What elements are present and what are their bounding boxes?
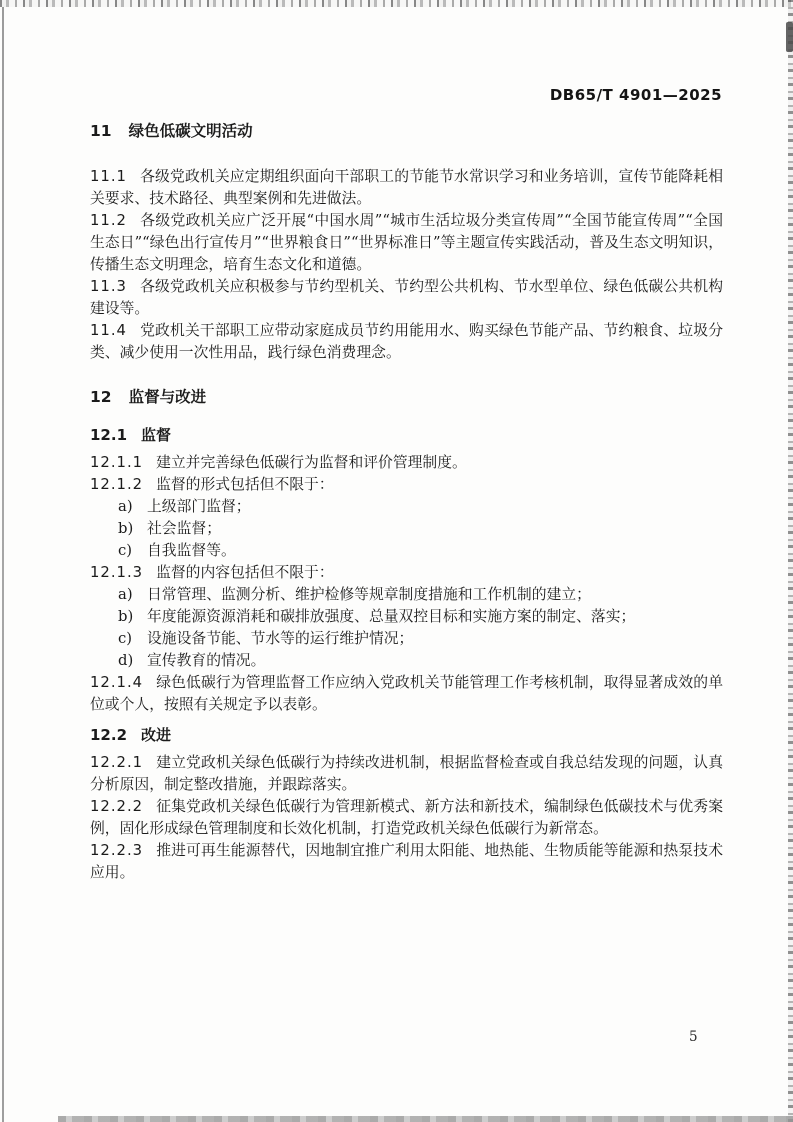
clause-11-3: 11.3各级党政机关应积极参与节约型机关、节约型公共机构、节水型单位、绿色低碳公… [90, 276, 723, 320]
section-title: 监督与改进 [129, 388, 207, 406]
scan-line-left-edge [2, 7, 4, 1122]
section-title: 绿色低碳文明活动 [129, 122, 253, 140]
list-item: c)自我监督等。 [90, 540, 723, 562]
clause-number: 11.4 [90, 322, 127, 339]
clause-number: 12.2.3 [90, 842, 143, 859]
document-page: DB65/T 4901—2025 11绿色低碳文明活动 11.1各级党政机关应定… [0, 0, 793, 1122]
list-item: b)年度能源资源消耗和碳排放强度、总量双控目标和实施方案的制定、落实； [90, 606, 723, 628]
page-number: 5 [689, 1029, 698, 1045]
subsection-number: 12.2 [90, 726, 127, 744]
list-marker: b) [118, 606, 147, 628]
list-text: 设施设备节能、节水等的运行维护情况； [147, 630, 413, 647]
list-marker: b) [118, 518, 147, 540]
list-text: 自我监督等。 [147, 542, 236, 559]
clause-number: 12.2.2 [90, 798, 143, 815]
clause-number: 12.1.3 [90, 564, 143, 581]
clause-text: 监督的内容包括但不限于： [156, 564, 334, 581]
clause-number: 11.3 [90, 278, 127, 295]
list-marker: c) [118, 628, 147, 650]
document-body: 11绿色低碳文明活动 11.1各级党政机关应定期组织面向干部职工的节能节水常识学… [90, 120, 723, 884]
clause-number: 12.1.1 [90, 454, 143, 471]
clause-text: 建立并完善绿色低碳行为监督和评价管理制度。 [156, 454, 467, 471]
section-number: 12 [90, 388, 112, 406]
clause-12-1-1: 12.1.1建立并完善绿色低碳行为监督和评价管理制度。 [90, 452, 723, 474]
list-text: 社会监督； [147, 520, 221, 537]
list-marker: a) [118, 496, 147, 518]
clause-11-1: 11.1各级党政机关应定期组织面向干部职工的节能节水常识学习和业务培训，宣传节能… [90, 166, 723, 210]
list-item: b)社会监督； [90, 518, 723, 540]
list-text: 上级部门监督； [147, 498, 251, 515]
clause-number: 12.1.2 [90, 476, 143, 493]
clause-text: 各级党政机关应积极参与节约型机关、节约型公共机构、节水型单位、绿色低碳公共机构建… [90, 278, 723, 317]
list-marker: c) [118, 540, 147, 562]
list-item: c)设施设备节能、节水等的运行维护情况； [90, 628, 723, 650]
clause-text: 建立党政机关绿色低碳行为持续改进机制，根据监督检查或自我总结发现的问题，认真分析… [90, 754, 723, 793]
clause-12-2-1: 12.2.1建立党政机关绿色低碳行为持续改进机制，根据监督检查或自我总结发现的问… [90, 752, 723, 796]
clause-12-1-3: 12.1.3监督的内容包括但不限于： [90, 562, 723, 584]
scan-blob-right-edge [786, 22, 793, 52]
list-item: d)宣传教育的情况。 [90, 650, 723, 672]
clause-text: 各级党政机关应定期组织面向干部职工的节能节水常识学习和业务培训，宣传节能降耗相关… [90, 168, 723, 207]
scan-noise-bottom-edge [58, 1116, 793, 1122]
subsection-title: 监督 [141, 426, 171, 444]
clause-12-1-4: 12.1.4绿色低碳行为管理监督工作应纳入党政机关节能管理工作考核机制，取得显著… [90, 672, 723, 716]
list-text: 宣传教育的情况。 [147, 652, 265, 669]
list-item: a)上级部门监督； [90, 496, 723, 518]
list-marker: a) [118, 584, 147, 606]
clause-text: 监督的形式包括但不限于： [156, 476, 334, 493]
list-text: 年度能源资源消耗和碳排放强度、总量双控目标和实施方案的制定、落实； [147, 608, 635, 625]
section-heading-12: 12监督与改进 [90, 386, 723, 408]
clause-12-2-3: 12.2.3推进可再生能源替代，因地制宜推广利用太阳能、地热能、生物质能等能源和… [90, 840, 723, 884]
clause-number: 12.2.1 [90, 754, 143, 771]
clause-12-1-2: 12.1.2监督的形式包括但不限于： [90, 474, 723, 496]
subsection-title: 改进 [141, 726, 171, 744]
list-marker: d) [118, 650, 147, 672]
clause-number: 12.1.4 [90, 674, 143, 691]
subsection-heading-12-2: 12.2改进 [90, 724, 723, 746]
clause-text: 绿色低碳行为管理监督工作应纳入党政机关节能管理工作考核机制，取得显著成效的单位或… [90, 674, 723, 713]
clause-12-2-2: 12.2.2征集党政机关绿色低碳行为管理新模式、新方法和新技术，编制绿色低碳技术… [90, 796, 723, 840]
subsection-number: 12.1 [90, 426, 127, 444]
list-text: 日常管理、监测分析、维护检修等规章制度措施和工作机制的建立； [147, 586, 591, 603]
list-item: a)日常管理、监测分析、维护检修等规章制度措施和工作机制的建立； [90, 584, 723, 606]
subsection-heading-12-1: 12.1监督 [90, 424, 723, 446]
clause-number: 11.1 [90, 168, 127, 185]
clause-text: 推进可再生能源替代，因地制宜推广利用太阳能、地热能、生物质能等能源和热泵技术应用… [90, 842, 723, 881]
section-heading-11: 11绿色低碳文明活动 [90, 120, 723, 142]
scan-noise-right-edge [788, 0, 793, 1122]
clause-number: 11.2 [90, 212, 127, 229]
clause-11-2: 11.2各级党政机关应广泛开展“中国水周”“城市生活垃圾分类宣传周”“全国节能宣… [90, 210, 723, 276]
clause-text: 征集党政机关绿色低碳行为管理新模式、新方法和新技术，编制绿色低碳技术与优秀案例，… [90, 798, 723, 837]
clause-11-4: 11.4党政机关干部职工应带动家庭成员节约用能用水、购买绿色节能产品、节约粮食、… [90, 320, 723, 364]
section-number: 11 [90, 122, 112, 140]
standard-code-header: DB65/T 4901—2025 [550, 86, 722, 104]
clause-text: 党政机关干部职工应带动家庭成员节约用能用水、购买绿色节能产品、节约粮食、垃圾分类… [90, 322, 723, 361]
clause-text: 各级党政机关应广泛开展“中国水周”“城市生活垃圾分类宣传周”“全国节能宣传周”“… [90, 212, 723, 273]
scan-noise-top-edge [0, 0, 793, 7]
